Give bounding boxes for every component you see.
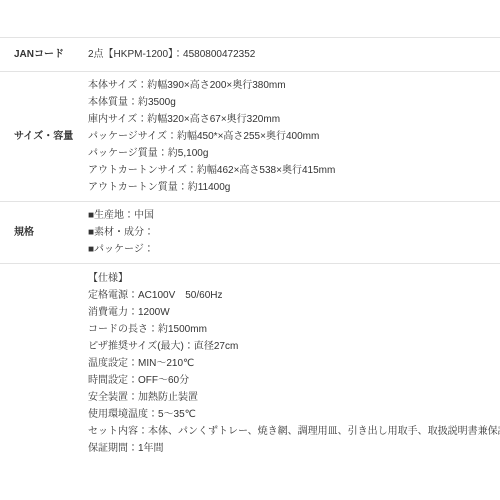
spec-line-production-country: ■生産地：中国 (88, 207, 494, 224)
spec-line-package: ■パッケージ： (88, 241, 494, 258)
spec-line-rated-power-source: 定格電源：AC100V 50/60Hz (88, 287, 494, 304)
spec-line-outer-carton-size: アウトカートンサイズ：約幅462×高さ538×奥行415mm (88, 162, 494, 179)
spec-line-jan-value: 2点【HKPM-1200】：4580800472352 (88, 46, 494, 63)
spec-row-jan-code: JANコード 2点【HKPM-1200】：4580800472352 (0, 37, 500, 71)
spec-row-label (0, 270, 88, 457)
spec-line-interior-size: 庫内サイズ：約幅320×高さ67×奥行320mm (88, 111, 494, 128)
spec-row-value: 本体サイズ：約幅390×高さ200×奥行380mm 本体質量：約3500g 庫内… (88, 77, 500, 196)
spec-line-warranty-period: 保証期間：1年間 (88, 440, 494, 457)
spec-row-label: サイズ・容量 (0, 77, 88, 196)
spec-line-timer-setting: 時間設定：OFF～60分 (88, 372, 494, 389)
spec-line-material: ■素材・成分： (88, 224, 494, 241)
spec-row-label: 規格 (0, 207, 88, 258)
spec-line-outer-carton-weight: アウトカートン質量：約11400g (88, 179, 494, 196)
spec-row-specifications: 【仕様】 定格電源：AC100V 50/60Hz 消費電力：1200W コードの… (0, 263, 500, 463)
spec-line-body-weight: 本体質量：約3500g (88, 94, 494, 111)
spec-line-safety-device: 安全装置：加熱防止装置 (88, 389, 494, 406)
spec-line-set-contents: セット内容：本体、パンくずトレー、焼き網、調理用皿、引き出し用取手、取扱説明書兼… (88, 423, 494, 440)
spec-row-value: 2点【HKPM-1200】：4580800472352 (88, 46, 500, 63)
spec-line-cord-length: コードの長さ：約1500mm (88, 321, 494, 338)
spec-row-size-capacity: サイズ・容量 本体サイズ：約幅390×高さ200×奥行380mm 本体質量：約3… (0, 71, 500, 201)
spec-line-body-size: 本体サイズ：約幅390×高さ200×奥行380mm (88, 77, 494, 94)
product-spec-table: JANコード 2点【HKPM-1200】：4580800472352 サイズ・容… (0, 37, 500, 463)
spec-row-label: JANコード (0, 46, 88, 63)
spec-line-pizza-size: ピザ推奨サイズ(最大)：直径27cm (88, 338, 494, 355)
spec-row-standard: 規格 ■生産地：中国 ■素材・成分： ■パッケージ： (0, 201, 500, 263)
spec-line-package-weight: パッケージ質量：約5,100g (88, 145, 494, 162)
spec-row-value: ■生産地：中国 ■素材・成分： ■パッケージ： (88, 207, 500, 258)
spec-line-spec-heading: 【仕様】 (88, 270, 494, 287)
spec-line-temperature-setting: 温度設定：MIN～210℃ (88, 355, 494, 372)
spec-line-power-consumption: 消費電力：1200W (88, 304, 494, 321)
spec-line-package-size: パッケージサイズ：約幅450*×高さ255×奥行400mm (88, 128, 494, 145)
spec-line-operating-temperature: 使用環境温度：5～35℃ (88, 406, 494, 423)
spec-row-value: 【仕様】 定格電源：AC100V 50/60Hz 消費電力：1200W コードの… (88, 270, 500, 457)
